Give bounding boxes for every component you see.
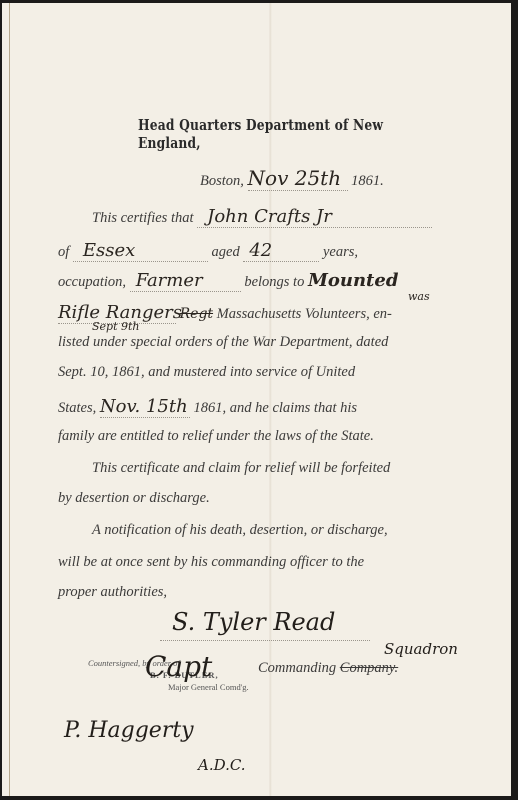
listed-text: listed <box>58 334 89 350</box>
place-label: Boston, <box>200 173 244 189</box>
volunteers-text: Massachusetts Volunteers, <box>217 306 370 322</box>
notification-line: A notification of his death, desertion, … <box>92 522 388 539</box>
scan-border <box>0 796 518 800</box>
family-line: family are entitled to relief under the … <box>58 428 374 445</box>
year-label: 1861. <box>351 173 384 189</box>
special-orders-text: under special orders of the War Departme… <box>93 334 388 350</box>
years-label: years, <box>323 244 358 260</box>
company-struck: Company. <box>340 660 398 676</box>
date-value: Nov 25th <box>248 166 348 191</box>
letterhead-heading: Head Quarters Department of New England, <box>138 116 433 152</box>
commanding-label: Commanding <box>258 660 336 676</box>
rank-handwritten: Capt <box>145 650 212 683</box>
insert-sept-9: Sept 9th <box>92 320 140 333</box>
insert-was: was <box>408 290 430 303</box>
unit-value-1: Mounted <box>308 270 398 291</box>
signature-line <box>160 640 370 641</box>
name-value: John Crafts Jr <box>197 206 432 228</box>
belongs-label: belongs to <box>244 274 304 290</box>
muster-date-value: Nov. 15th <box>100 396 190 418</box>
states-line: States, Nov. 15th 1861, and he claims th… <box>58 396 357 418</box>
desertion-line: by desertion or discharge. <box>58 490 210 507</box>
states-text: States, <box>58 400 96 416</box>
orders-line: listed under special orders of the War D… <box>58 334 388 351</box>
aged-label: aged <box>212 244 240 260</box>
of-label: of <box>58 244 69 260</box>
commanding-line: Commanding Company. <box>258 660 398 677</box>
town-value: Essex <box>73 240 208 262</box>
officer-signature: S. Tyler Read <box>172 608 335 636</box>
certifies-line: This certifies that John Crafts Jr <box>92 206 432 228</box>
mustered-text: and mustered into service of United <box>148 364 355 380</box>
sent-line: will be at once sent by his commanding o… <box>58 554 364 571</box>
aide-title: A.D.C. <box>198 756 246 774</box>
occupation-line: occupation, Farmer belongs to Mounted <box>58 270 398 292</box>
muster-year: 1861, <box>194 400 227 416</box>
sept-text: Sept. 10, 1861, <box>58 364 145 380</box>
forfeit-line: This certificate and claim for relief wi… <box>92 460 390 477</box>
certifies-label: This certifies that <box>92 210 194 226</box>
occupation-value: Farmer <box>130 270 241 292</box>
age-value: 42 <box>243 240 319 262</box>
aide-signature: P. Haggerty <box>64 718 194 743</box>
regt-struck: Regt <box>180 306 213 322</box>
binding-edge <box>9 3 10 796</box>
date-line: Boston, Nov 25th 1861. <box>200 166 384 191</box>
general-title: Major General Comd'g. <box>168 682 249 692</box>
sept-line: Sept. 10, 1861, and mustered into servic… <box>58 364 355 381</box>
occupation-label: occupation, <box>58 274 126 290</box>
claims-text: and he claims that his <box>230 400 357 416</box>
authorities-line: proper authorities, <box>58 584 167 601</box>
en-hyphen: en- <box>373 306 392 322</box>
residence-line: of Essex aged 42 years, <box>58 240 358 262</box>
squadron-handwritten: Squadron <box>384 640 458 658</box>
